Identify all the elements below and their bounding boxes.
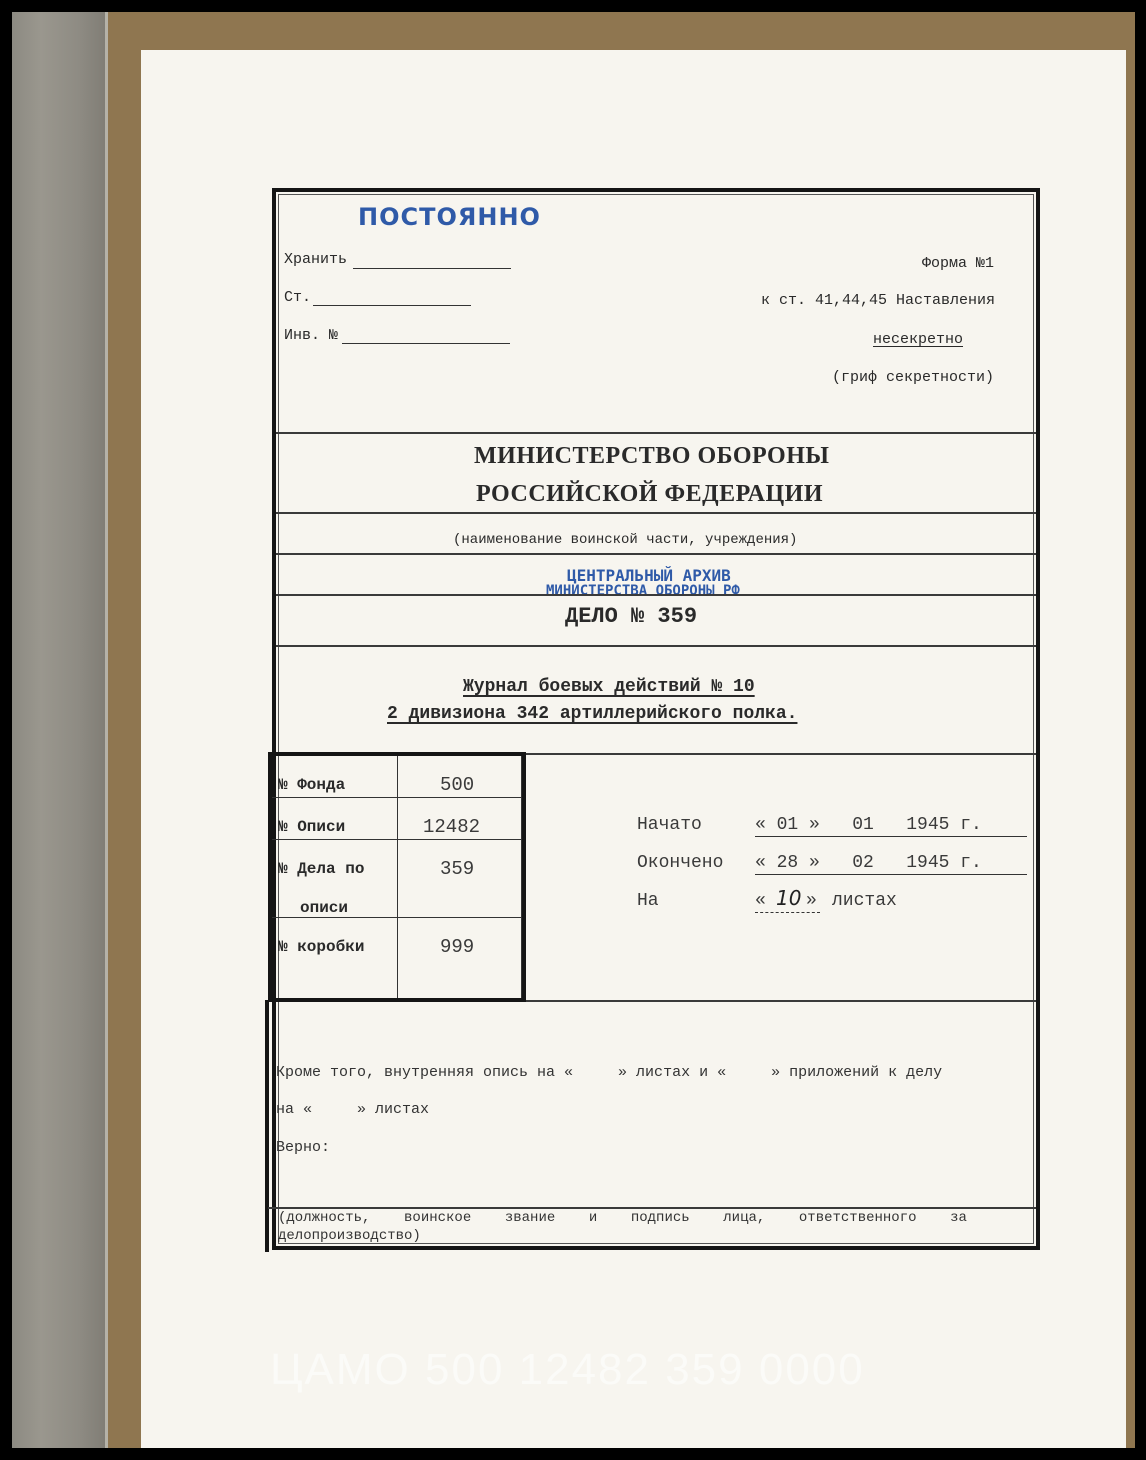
signature-caption-line1: (должность, воинское звание и подпись ли… [278,1210,967,1226]
inventory-field[interactable] [342,343,510,344]
case-number-label-line1: № Дела по [278,860,364,878]
form-reference: к ст. 41,44,45 Наставления [761,292,995,309]
table-row [272,918,398,998]
keep-label: Хранить [284,251,347,268]
ended-underline [755,874,1027,875]
permanent-stamp: ПОСТОЯННО [358,203,541,231]
sheets-handwritten-value: 10 [776,886,801,910]
case-subject-line2: 2 дивизиона 342 артиллерийского полка. [387,704,797,724]
additional-inventory-line1: Кроме того, внутренняя опись на « » лист… [276,1064,942,1081]
binder-spine [12,12,108,1448]
archive-watermark: ЦАМО 500 12482 359 0000 [270,1345,865,1395]
article-field[interactable] [313,305,471,306]
divider [526,753,1036,755]
additional-inventory-line2: на « » листах [276,1101,429,1118]
organization-caption: (наименование воинской части, учреждения… [453,532,797,548]
divider [276,512,1036,514]
fond-label: № Фонда [278,776,345,794]
opis-value: 12482 [423,816,480,838]
divider [276,553,1036,555]
sheets-suffix: листах [832,891,897,911]
divider [276,645,1036,647]
box-value: 999 [440,936,474,958]
divider [276,432,1036,434]
case-number-label-line2: описи [300,899,348,917]
article-label: Ст. [284,289,311,306]
sheets-underline [755,912,820,914]
ended-label: Окончено [637,853,723,873]
form-number: Форма №1 [922,255,994,272]
divider [276,594,1036,596]
ended-value: « 28 » 02 1945 г. [755,853,982,873]
table-cell [398,918,522,998]
sheets-open-quote: « [755,891,766,911]
case-number-value: 359 [440,858,474,880]
case-title: ДЕЛО № 359 [565,604,697,629]
signature-caption-line2: делопроизводство) [278,1228,421,1244]
inventory-label: Инв. № [284,327,338,344]
started-label: Начато [637,815,702,835]
opis-label: № Описи [278,818,345,836]
started-value: « 01 » 01 1945 г. [755,815,982,835]
ministry-line1: МИНИСТЕРСТВО ОБОРОНЫ [474,443,829,470]
divider [268,1207,1036,1209]
classification-value: несекретно [873,331,963,348]
verified-label: Верно: [276,1139,330,1156]
keep-field[interactable] [353,268,511,269]
fond-value: 500 [440,774,474,796]
case-subject-line1: Журнал боевых действий № 10 [463,677,755,697]
box-label: № коробки [278,938,364,956]
sheets-label: На [637,891,659,911]
archive-stamp-line2: МИНИСТЕРСТВА ОБОРОНЫ РФ [546,583,740,599]
classification-caption: (гриф секретности) [832,369,994,386]
sheets-close-quote: » [806,891,817,911]
started-underline [755,836,1027,837]
ministry-line2: РОССИЙСКОЙ ФЕДЕРАЦИИ [476,481,823,508]
